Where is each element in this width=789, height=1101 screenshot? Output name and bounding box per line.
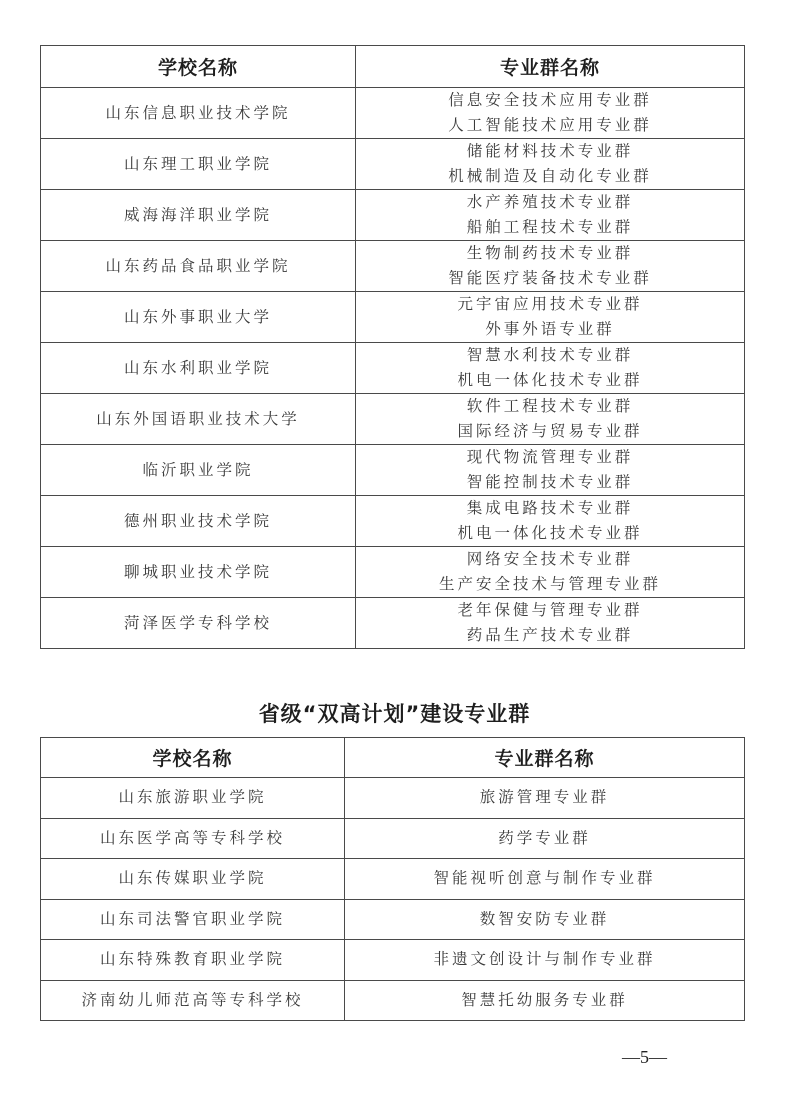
group-names: 水产养殖技术专业群船舶工程技术专业群	[356, 190, 745, 241]
school-name: 山东水利职业学院	[41, 343, 356, 394]
group-names: 网络安全技术专业群生产安全技术与管理专业群	[356, 547, 745, 598]
group-name: 智能视听创意与制作专业群	[345, 859, 745, 900]
group-name: 药学专业群	[345, 818, 745, 859]
group-names: 智慧水利技术专业群机电一体化技术专业群	[356, 343, 745, 394]
group-name: 机电一体化技术专业群	[356, 521, 744, 546]
school-name: 山东旅游职业学院	[41, 778, 345, 819]
school-name: 山东药品食品职业学院	[41, 241, 356, 292]
group-name: 机械制造及自动化专业群	[356, 164, 744, 189]
group-names: 老年保健与管理专业群药品生产技术专业群	[356, 598, 745, 649]
group-name: 集成电路技术专业群	[356, 496, 744, 521]
group-names: 现代物流管理专业群智能控制技术专业群	[356, 445, 745, 496]
table-row: 聊城职业技术学院 网络安全技术专业群生产安全技术与管理专业群	[41, 547, 745, 598]
table-row: 山东信息职业技术学院 信息安全技术应用专业群人工智能技术应用专业群	[41, 88, 745, 139]
group-name: 生物制药技术专业群	[356, 241, 744, 266]
group-name: 数智安防专业群	[345, 899, 745, 940]
group-name: 网络安全技术专业群	[356, 547, 744, 572]
school-name: 山东外国语职业技术大学	[41, 394, 356, 445]
table-row: 山东特殊教育职业学院 非遗文创设计与制作专业群	[41, 940, 745, 981]
group-name: 水产养殖技术专业群	[356, 190, 744, 215]
group-name: 人工智能技术应用专业群	[356, 113, 744, 138]
group-name: 软件工程技术专业群	[356, 394, 744, 419]
group-name: 生产安全技术与管理专业群	[356, 572, 744, 597]
group-names: 软件工程技术专业群国际经济与贸易专业群	[356, 394, 745, 445]
header-school-name: 学校名称	[41, 738, 345, 778]
table-row: 山东司法警官职业学院 数智安防专业群	[41, 899, 745, 940]
group-names: 生物制药技术专业群智能医疗装备技术专业群	[356, 241, 745, 292]
table-row: 山东水利职业学院 智慧水利技术专业群机电一体化技术专业群	[41, 343, 745, 394]
school-name: 山东外事职业大学	[41, 292, 356, 343]
table-row: 济南幼儿师范高等专科学校 智慧托幼服务专业群	[41, 980, 745, 1021]
group-name: 非遗文创设计与制作专业群	[345, 940, 745, 981]
group-name: 元宇宙应用技术专业群	[356, 292, 744, 317]
group-names: 元宇宙应用技术专业群外事外语专业群	[356, 292, 745, 343]
provincial-group-table: 学校名称 专业群名称 山东旅游职业学院 旅游管理专业群 山东医学高等专科学校 药…	[40, 737, 745, 1021]
table-row: 德州职业技术学院 集成电路技术专业群机电一体化技术专业群	[41, 496, 745, 547]
school-name: 聊城职业技术学院	[41, 547, 356, 598]
school-name: 山东理工职业学院	[41, 139, 356, 190]
school-name: 山东医学高等专科学校	[41, 818, 345, 859]
page-number: —5—	[622, 1047, 667, 1068]
table-header-row: 学校名称 专业群名称	[41, 46, 745, 88]
group-name: 储能材料技术专业群	[356, 139, 744, 164]
group-name: 智能医疗装备技术专业群	[356, 266, 744, 291]
table-row: 山东药品食品职业学院 生物制药技术专业群智能医疗装备技术专业群	[41, 241, 745, 292]
group-name: 机电一体化技术专业群	[356, 368, 744, 393]
group-name: 旅游管理专业群	[345, 778, 745, 819]
group-name: 国际经济与贸易专业群	[356, 419, 744, 444]
group-name: 船舶工程技术专业群	[356, 215, 744, 240]
school-name: 山东特殊教育职业学院	[41, 940, 345, 981]
header-group-name: 专业群名称	[356, 46, 745, 88]
school-name: 德州职业技术学院	[41, 496, 356, 547]
group-name: 现代物流管理专业群	[356, 445, 744, 470]
group-name: 老年保健与管理专业群	[356, 598, 744, 623]
key-group-table: 学校名称 专业群名称 山东信息职业技术学院 信息安全技术应用专业群人工智能技术应…	[40, 45, 745, 649]
table-row: 山东外事职业大学 元宇宙应用技术专业群外事外语专业群	[41, 292, 745, 343]
school-name: 菏泽医学专科学校	[41, 598, 356, 649]
section-title: 省级“双高计划”建设专业群	[0, 698, 789, 728]
school-name: 临沂职业学院	[41, 445, 356, 496]
school-name: 山东司法警官职业学院	[41, 899, 345, 940]
table-row: 威海海洋职业学院 水产养殖技术专业群船舶工程技术专业群	[41, 190, 745, 241]
table-row: 山东传媒职业学院 智能视听创意与制作专业群	[41, 859, 745, 900]
school-name: 山东传媒职业学院	[41, 859, 345, 900]
school-name: 山东信息职业技术学院	[41, 88, 356, 139]
header-group-name: 专业群名称	[345, 738, 745, 778]
header-school-name: 学校名称	[41, 46, 356, 88]
group-name: 药品生产技术专业群	[356, 623, 744, 648]
table-row: 山东医学高等专科学校 药学专业群	[41, 818, 745, 859]
school-name: 威海海洋职业学院	[41, 190, 356, 241]
group-names: 集成电路技术专业群机电一体化技术专业群	[356, 496, 745, 547]
group-name: 外事外语专业群	[356, 317, 744, 342]
table-row: 临沂职业学院 现代物流管理专业群智能控制技术专业群	[41, 445, 745, 496]
table-row: 山东理工职业学院 储能材料技术专业群机械制造及自动化专业群	[41, 139, 745, 190]
group-name: 智能控制技术专业群	[356, 470, 744, 495]
group-name: 智慧水利技术专业群	[356, 343, 744, 368]
group-names: 信息安全技术应用专业群人工智能技术应用专业群	[356, 88, 745, 139]
table-header-row: 学校名称 专业群名称	[41, 738, 745, 778]
table-row: 山东外国语职业技术大学 软件工程技术专业群国际经济与贸易专业群	[41, 394, 745, 445]
group-names: 储能材料技术专业群机械制造及自动化专业群	[356, 139, 745, 190]
table-row: 菏泽医学专科学校 老年保健与管理专业群药品生产技术专业群	[41, 598, 745, 649]
group-name: 信息安全技术应用专业群	[356, 88, 744, 113]
group-name: 智慧托幼服务专业群	[345, 980, 745, 1021]
school-name: 济南幼儿师范高等专科学校	[41, 980, 345, 1021]
table-row: 山东旅游职业学院 旅游管理专业群	[41, 778, 745, 819]
